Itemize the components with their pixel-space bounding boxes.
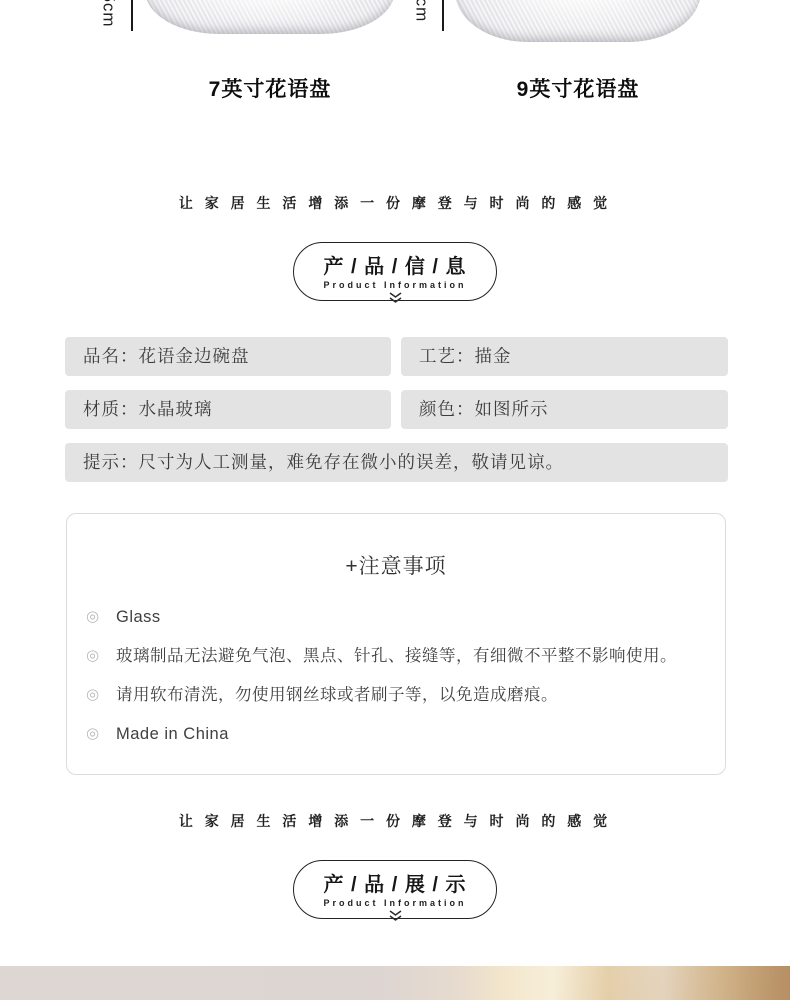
plate-9inch-image (455, 0, 701, 42)
measure-label-left-text: 5cm (99, 0, 119, 28)
measure-line-right (442, 0, 444, 31)
notice-list: ◎ Glass ◎ 玻璃制品无法避免气泡、黑点、针孔、接缝等，有细微不平整不影响… (67, 606, 725, 762)
measure-line-left (131, 0, 133, 31)
product-showcase: 5cm cm 7英寸花语盘 9英寸花语盘 (0, 0, 790, 115)
list-item: ◎ 玻璃制品无法避免气泡、黑点、针孔、接缝等，有细微不平整不影响使用。 (67, 645, 725, 684)
notice-item-text: 请用软布清洗，勿使用钢丝球或者刷子等，以免造成磨痕。 (116, 684, 558, 706)
double-chevron-down-icon (294, 292, 496, 304)
spec-color: 颜色：如图所示 (401, 390, 728, 429)
list-item: ◎ 请用软布清洗，勿使用钢丝球或者刷子等，以免造成磨痕。 (67, 684, 725, 723)
double-chevron-down-icon (294, 910, 496, 922)
measure-label-left: 5cm (92, 0, 126, 44)
notice-title: +注意事项 (67, 550, 725, 580)
measure-label-right-text: cm (411, 0, 431, 22)
list-item: ◎ Made in China (67, 723, 725, 762)
notice-item-text: 玻璃制品无法避免气泡、黑点、针孔、接缝等，有细微不平整不影响使用。 (116, 645, 677, 667)
tagline-bottom: 让 家 居 生 活 增 添 一 份 摩 登 与 时 尚 的 感 觉 (0, 811, 790, 831)
notice-item-text: Made in China (116, 723, 229, 745)
section-badge-product-info: 产 / 品 / 信 / 息 Product Information (293, 242, 497, 301)
section-subtitle: Product Information (294, 898, 496, 908)
list-item: ◎ Glass (67, 606, 725, 645)
section-badge-product-display: 产 / 品 / 展 / 示 Product Information (293, 860, 497, 919)
product-detail-page: 5cm cm 7英寸花语盘 9英寸花语盘 让 家 居 生 活 增 添 一 份 摩… (0, 0, 790, 1000)
measure-label-right: cm (404, 0, 438, 38)
spec-craft: 工艺：描金 (401, 337, 728, 376)
tagline-top: 让 家 居 生 活 增 添 一 份 摩 登 与 时 尚 的 感 觉 (0, 193, 790, 213)
notice-card: +注意事项 ◎ Glass ◎ 玻璃制品无法避免气泡、黑点、针孔、接缝等，有细微… (66, 513, 726, 775)
section-title: 产 / 品 / 展 / 示 (294, 868, 496, 897)
spec-material: 材质：水晶玻璃 (65, 390, 391, 429)
spec-product-name: 品名：花语金边碗盘 (65, 337, 391, 376)
ring-bullet-icon: ◎ (86, 684, 104, 706)
ring-bullet-icon: ◎ (86, 645, 104, 667)
plate-7inch-image (145, 0, 395, 34)
spec-measurement-tip: 提示：尺寸为人工测量，难免存在微小的误差，敬请见谅。 (65, 443, 728, 482)
notice-item-text: Glass (116, 606, 161, 628)
product-photo-strip (0, 966, 790, 1000)
product-caption-9inch: 9英寸花语盘 (455, 77, 701, 103)
section-subtitle: Product Information (294, 280, 496, 290)
product-caption-7inch: 7英寸花语盘 (125, 77, 415, 103)
ring-bullet-icon: ◎ (86, 606, 104, 628)
section-title: 产 / 品 / 信 / 息 (294, 250, 496, 279)
ring-bullet-icon: ◎ (86, 723, 104, 745)
